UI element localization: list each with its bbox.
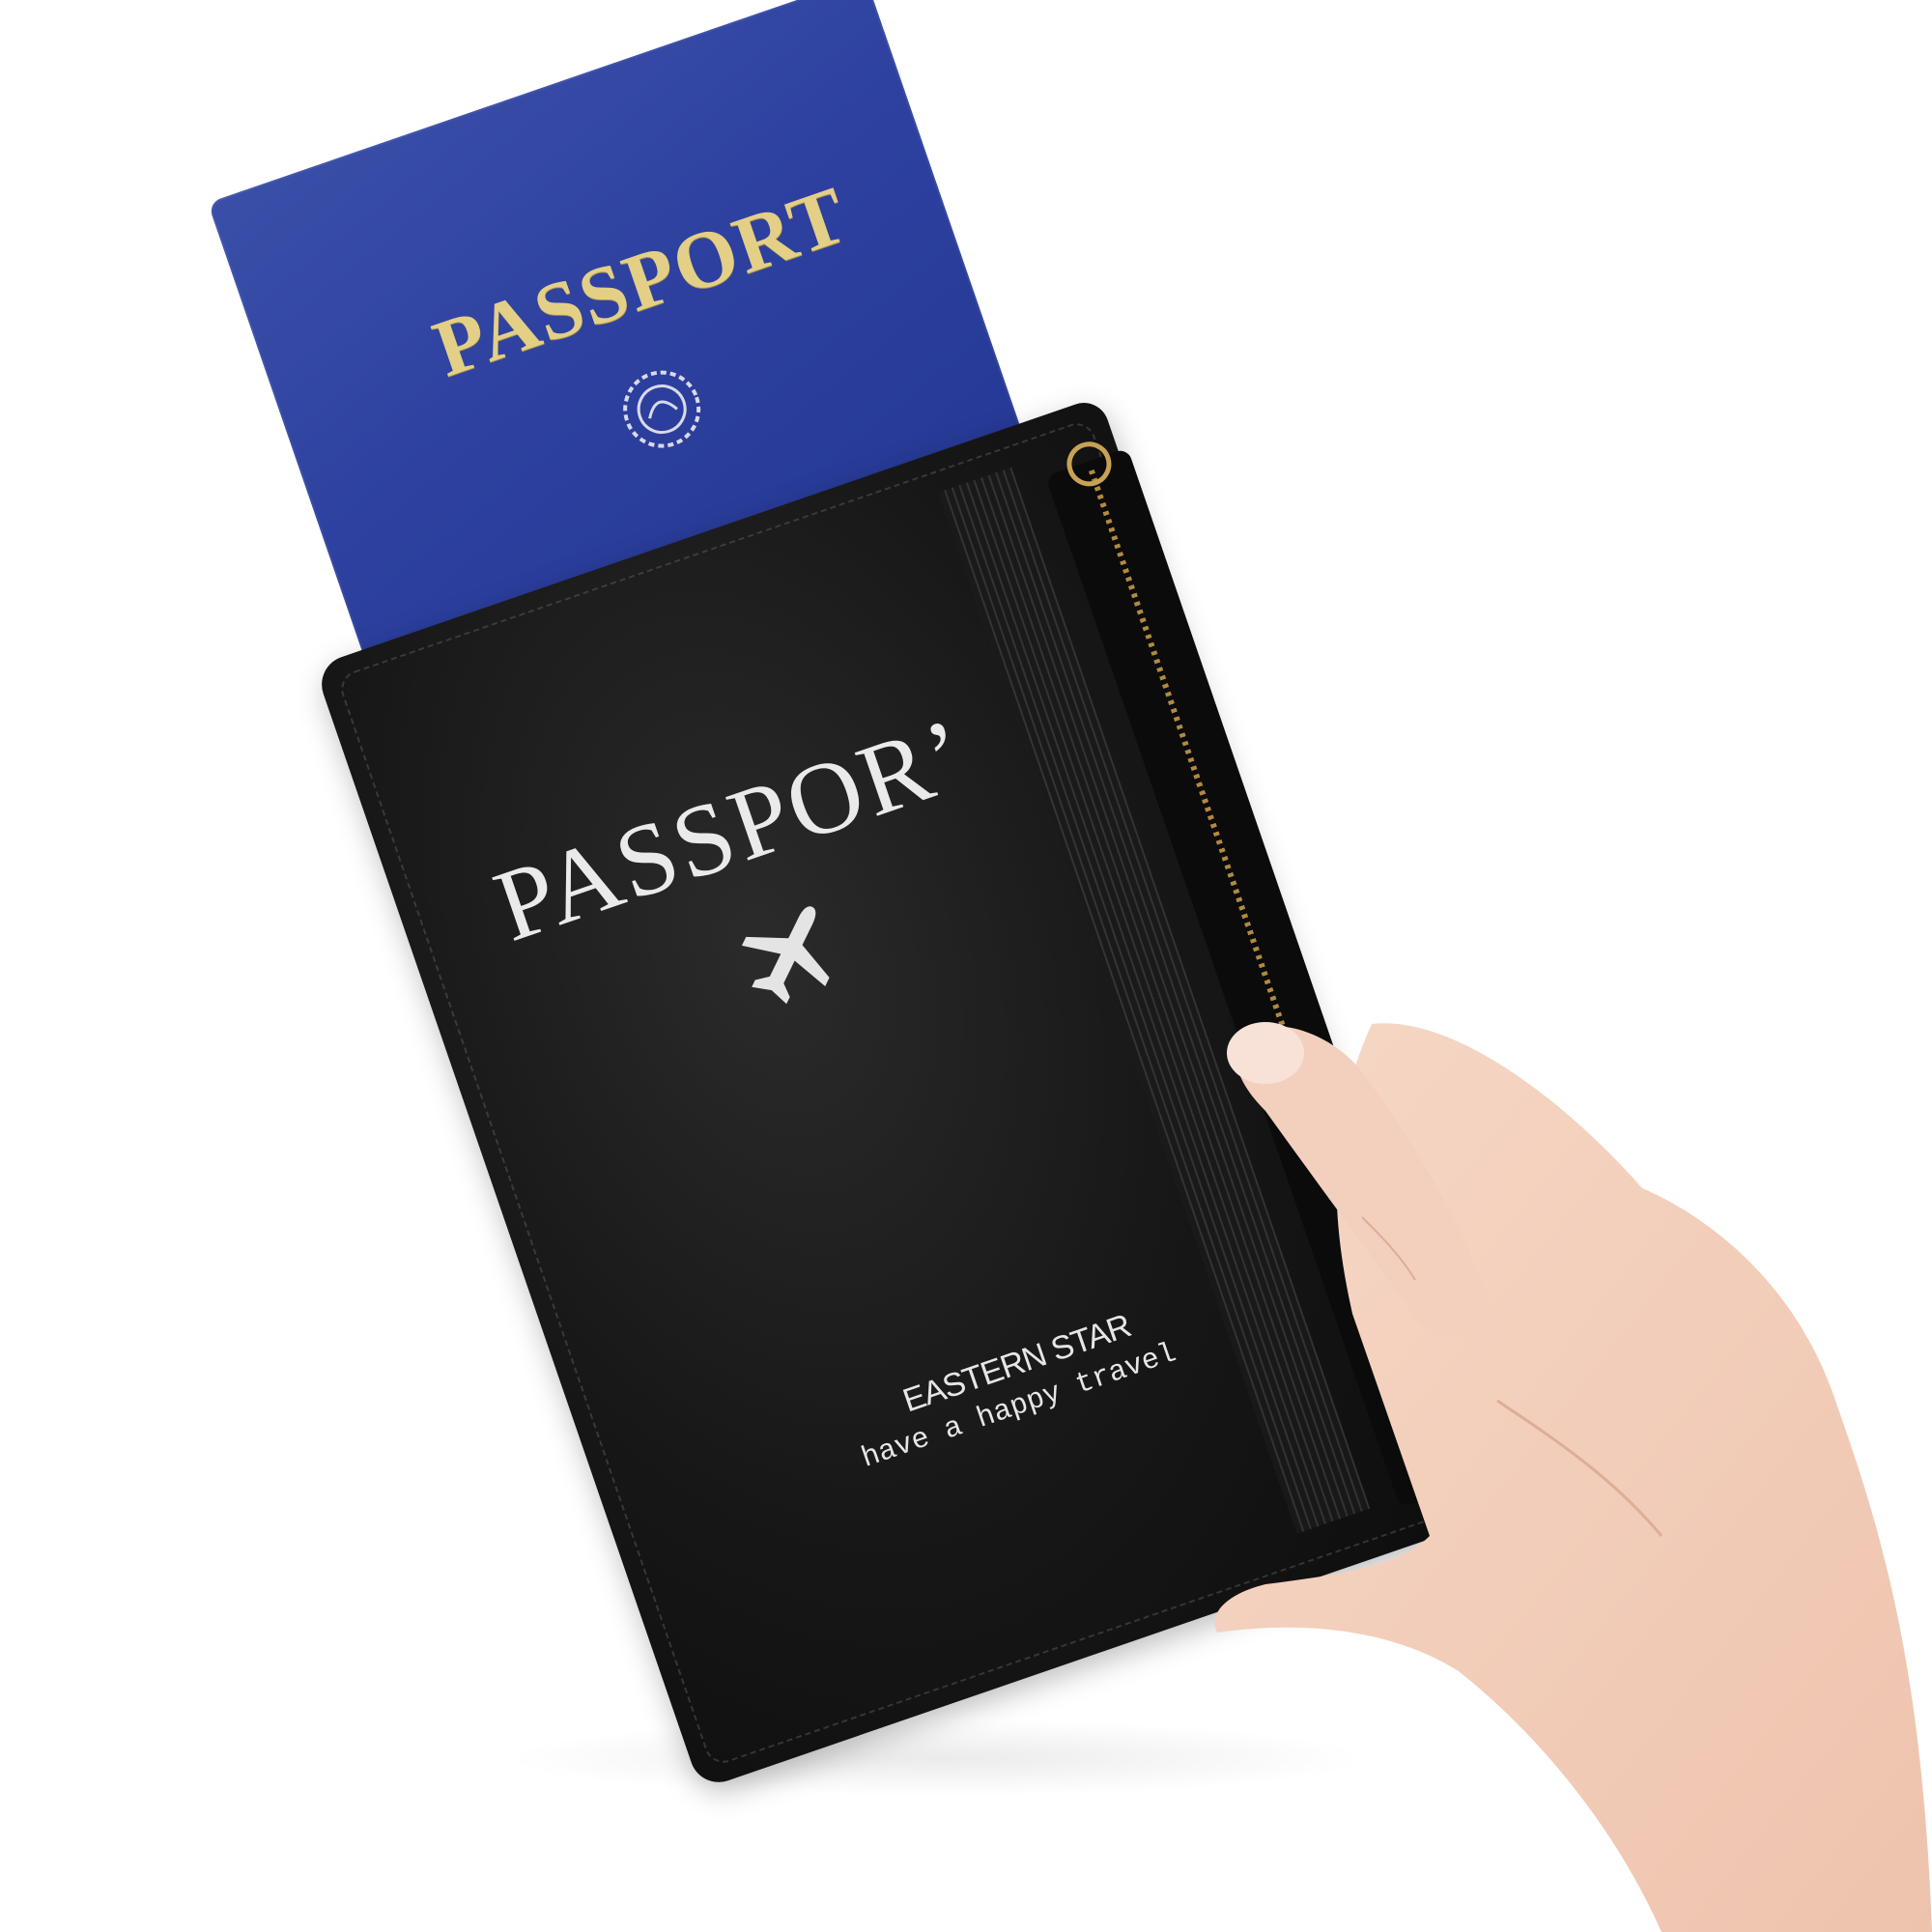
hand	[1207, 995, 1932, 1932]
airplane-icon	[717, 878, 865, 1026]
product-photo: PASSPORT PASSPOR’ EASTERN STAR have a ha…	[0, 0, 1932, 1932]
thumbnail	[1227, 1022, 1304, 1084]
emblem-icon	[607, 354, 717, 464]
passport-title: PASSPORT	[422, 167, 860, 396]
